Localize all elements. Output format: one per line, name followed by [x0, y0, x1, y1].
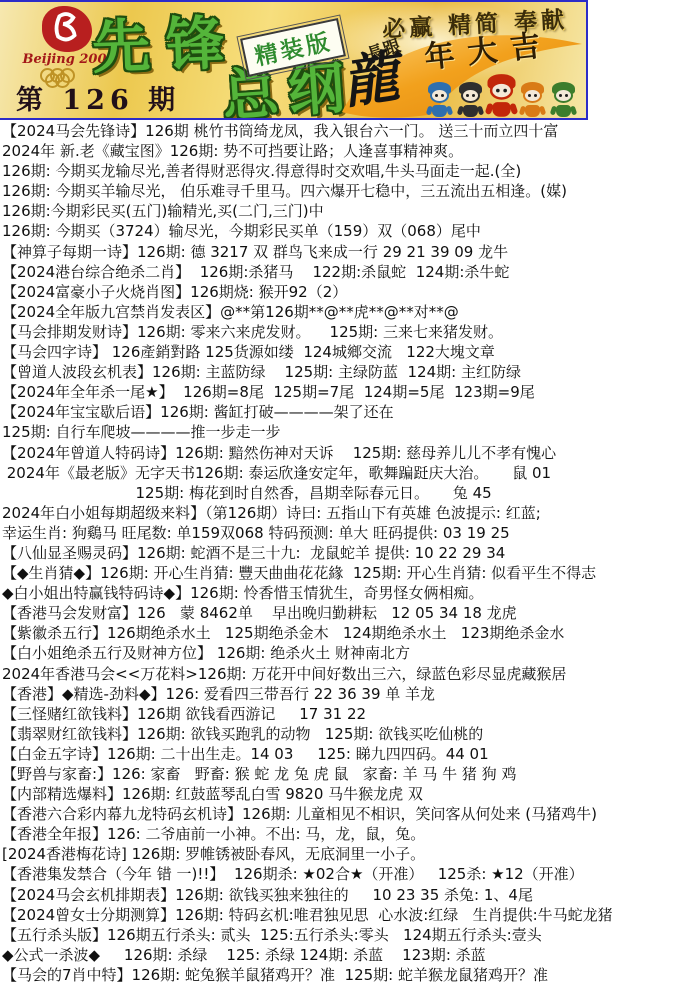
report-line: 【2024全年版九宫禁肖发表区】@**第126期**@**虎**@**对**@	[2, 302, 686, 322]
report-line: 【2024年全年杀一尾★】 126期=8尾 125期=7尾 124期=5尾 12…	[2, 382, 686, 402]
report-line: 2024年《最老版》无字天书126期: 泰运欣逢安定年，歌舞蹁跹庆大治。 鼠 0…	[2, 463, 686, 483]
report-line: 【2024马会玄机排期表】126期: 欲钱买独来独往的 10 23 35 杀兔:…	[2, 885, 686, 905]
fuwa-jingjing-icon	[456, 82, 485, 118]
report-line: 【香港六合彩内幕九龙特码玄机诗】126期: 儿童相见不相识，笑问客从何处来 (马…	[2, 804, 686, 824]
report-line: 【香港马会发财富】126 蒙 8462单 早出晚归勤耕耘 12 05 34 18…	[2, 603, 686, 623]
dragon-calligraphy: 龍	[337, 32, 404, 119]
fuwa-nini-icon	[549, 82, 578, 118]
report-line: 【2024年曾道人特码诗】126期: 黯然伤神对天诉 125期: 慈母养儿儿不孝…	[2, 443, 686, 463]
report-line: 【2024港台综合绝杀二肖】 126期:杀猪马 122期:杀鼠蛇 124期:杀牛…	[2, 262, 686, 282]
tips-list: 【2024马会先锋诗】126期 桃竹书筒绮龙凤，我入银台六一门。 送三十而立四十…	[2, 121, 686, 985]
report-line: 【马会四字诗】 126產銷對路 125货源如缕 124城鄉交流 122大塊文章	[2, 342, 686, 362]
report-line: 【2024富豪小子火烧肖图】126期烧: 猴开92（2）	[2, 282, 686, 302]
fuwa-yingying-icon	[518, 82, 547, 118]
issue-number-label: 第 126 期	[16, 78, 180, 117]
report-line: 【香港全年报】126: 二爷庙前一小神。不出: 马，龙，鼠，兔。	[2, 824, 686, 844]
fuwa-beibei-icon	[425, 82, 454, 118]
report-line: 【内部精选爆料】126期: 红鼓蓝琴乱白雪 9820 马牛猴龙虎 双	[2, 784, 686, 804]
report-line: 126期: 今期买羊输尽光， 伯乐难寻千里马。四六爆开七稳中，三五流出五相逢。(…	[2, 181, 686, 201]
report-line: 【白金五字诗】126期: 二十出生走。14 03 125: 睇九四四码。44 0…	[2, 744, 686, 764]
report-line: 126期: 今期买（3724）输尽光，今期彩民买单（159）双（068）尾中	[2, 221, 686, 241]
fuwa-mascots-row	[424, 82, 579, 118]
report-line: 【紫徽杀五行】126期绝杀水土 125期绝杀金木 124期绝杀水土 123期绝杀…	[2, 623, 686, 643]
fuwa-huanhuan-icon	[484, 74, 519, 118]
masthead-title-top: 先锋	[91, 0, 242, 85]
report-line: [2024香港梅花诗] 126期: 罗帷锈被卧春风，无底洞里一小子。	[2, 844, 686, 864]
report-line: 2024年白小姐每期超级来料】（第126期）诗曰: 五指山下有英雄 色波提示: …	[2, 503, 686, 523]
beijing-2008-seal-icon	[42, 6, 92, 52]
report-line: 【马会的7肖中特】126期: 蛇兔猴羊鼠猪鸡开？准 125期: 蛇羊猴龙鼠猪鸡开…	[2, 965, 686, 985]
report-line: 125期: 自行车爬坡————推一步走一步	[2, 422, 686, 442]
report-line: 【八仙显圣赐灵码】126期: 蛇酒不是三十九: 龙鼠蛇羊 提供: 10 22 2…	[2, 543, 686, 563]
report-line: 【香港】◆精选-劲料◆】126: 爱看四三带吾行 22 36 39 单 羊龙	[2, 684, 686, 704]
report-line: ◆白小姐出特赢钱特码诗◆】126期: 怜香惜玉情犹生，奇男怪女俩相痴。	[2, 583, 686, 603]
report-line: 幸运生肖: 狗鷄马 旺尾数: 单159双068 特码预测: 单大 旺码提供: 0…	[2, 523, 686, 543]
report-line: 【2024年宝宝歇后语】126期: 酱缸打破————架了还在	[2, 402, 686, 422]
report-line: 2024年 新.老《藏宝图》126期: 势不可挡要让路；人逢喜事精神爽。	[2, 141, 686, 161]
report-line: 2024年香港马会<<万花料>126期: 万花开中间好数出三六，绿蓝色彩尽显虎藏…	[2, 664, 686, 684]
report-line: 【曾道人波段玄机表】126期: 主蓝防绿 125期: 主绿防蓝 124期: 主红…	[2, 362, 686, 382]
report-line: 126期: 今期买龙输尽光,善者得财恶得灾.得意得时交欢唱,牛头马面走一起.(全…	[2, 161, 686, 181]
report-line: 126期:今期彩民买(五门)输精光,买(二门,三门)中	[2, 201, 686, 221]
report-line: 【五行杀头版】126期五行杀头: 贰头 125:五行杀头:零头 124期五行杀头…	[2, 925, 686, 945]
report-line: 【翡翠财红欲钱料】126期: 欲钱买跑乳的动物 125期: 欲钱买吃仙桃的	[2, 724, 686, 744]
report-line: 【三怪赌红欲钱料】126期 欲钱看西游记 17 31 22	[2, 704, 686, 724]
report-line: ◆公式一杀波◆ 126期: 杀绿 125: 杀绿 124期: 杀蓝 123期: …	[2, 945, 686, 965]
report-line: 【野兽与家畜:】126: 家畜 野畜: 猴 蛇 龙 兔 虎 鼠 家畜: 羊 马 …	[2, 764, 686, 784]
report-line: 【2024曾女士分期测算】126期: 特码玄机:唯君独见思 心水波:红绿 生肖提…	[2, 905, 686, 925]
report-line: 【神算子每期一诗】126期: 德 3217 双 群鸟飞来成一行 29 21 39…	[2, 242, 686, 262]
report-line: 【◆生肖猜◆】126期: 开心生肖猜: 豐天曲曲花花緣 125期: 开心生肖猜:…	[2, 563, 686, 583]
report-line: 【香港集发禁合（今年 错 一)!!】 126期杀: ★02合★（开准） 125杀…	[2, 864, 686, 884]
report-line: 125期: 梅花到时自然香，昌期幸际春元日。 兔 45	[2, 483, 686, 503]
masthead-banner: Beijing 2008 先锋 总纲 精装版 必赢 精简 奉献 長跟 龍 年大吉…	[0, 0, 588, 120]
report-line: 【马会排期发财诗】126期: 零来六来虎发财。 125期: 三来七来猪发财。	[2, 322, 686, 342]
report-line: 【白小姐绝杀五行及财神方位】 126期: 绝杀火土 财神南北方	[2, 643, 686, 663]
lottery-tip-sheet: Beijing 2008 先锋 总纲 精装版 必赢 精简 奉献 長跟 龍 年大吉…	[0, 0, 688, 987]
report-line: 【2024马会先锋诗】126期 桃竹书筒绮龙凤，我入银台六一门。 送三十而立四十…	[2, 121, 686, 141]
